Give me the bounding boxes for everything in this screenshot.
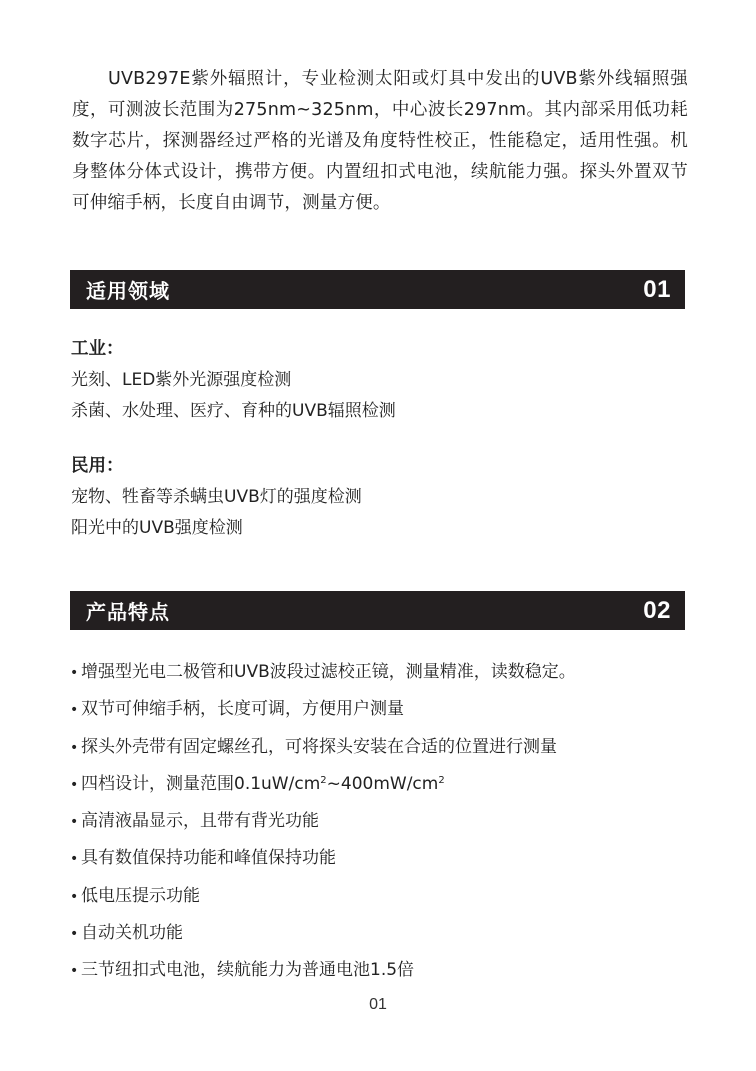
- feature-item: • 具有数值保持功能和峰值保持功能: [70, 840, 690, 877]
- group-title: 民用：: [71, 451, 671, 482]
- applications-list: 工业： 光刻、LED紫外光源强度检测 杀菌、水处理、医疗、育种的UVB辐照检测 …: [71, 334, 671, 568]
- feature-item: • 增强型光电二极管和UVB波段过滤校正镜，测量精准，读数稳定。: [70, 654, 690, 691]
- superscript: 2: [438, 775, 444, 786]
- feature-text: 双节可伸缩手柄，长度可调，方便用户测量: [81, 691, 404, 727]
- feature-text: 高清液晶显示，且带有背光功能: [81, 803, 319, 839]
- bullet-icon: •: [70, 730, 80, 766]
- list-item: 光刻、LED紫外光源强度检测: [71, 365, 671, 396]
- section-header-applications: 适用领域 01: [70, 270, 685, 309]
- page-number: 01: [0, 996, 756, 1014]
- range-prefix: 四档设计，测量范围0.1uW/cm: [81, 774, 320, 794]
- feature-text: 低电压提示功能: [81, 878, 200, 914]
- feature-item: • 低电压提示功能: [70, 878, 690, 915]
- range-middle: ~400mW/cm: [327, 774, 439, 794]
- feature-text: 具有数值保持功能和峰值保持功能: [81, 840, 336, 876]
- features-list: • 增强型光电二极管和UVB波段过滤校正镜，测量精准，读数稳定。 • 双节可伸缩…: [70, 654, 690, 990]
- bullet-icon: •: [70, 953, 80, 989]
- intro-paragraph: UVB297E紫外辐照计，专业检测太阳或灯具中发出的UVB紫外线辐照强度，可测波…: [72, 64, 688, 219]
- bullet-icon: •: [70, 767, 80, 803]
- application-group-industrial: 工业： 光刻、LED紫外光源强度检测 杀菌、水处理、医疗、育种的UVB辐照检测: [71, 334, 671, 427]
- feature-item: • 双节可伸缩手柄，长度可调，方便用户测量: [70, 691, 690, 728]
- section-title: 适用领域: [86, 275, 170, 304]
- feature-text: 三节纽扣式电池，续航能力为普通电池1.5倍: [81, 952, 414, 988]
- list-item: 阳光中的UVB强度检测: [71, 513, 671, 544]
- feature-text: 增强型光电二极管和UVB波段过滤校正镜，测量精准，读数稳定。: [81, 654, 576, 690]
- bullet-icon: •: [70, 655, 80, 691]
- bullet-icon: •: [70, 879, 80, 915]
- list-item: 杀菌、水处理、医疗、育种的UVB辐照检测: [71, 396, 671, 427]
- list-item: 宠物、牲畜等杀螨虫UVB灯的强度检测: [71, 482, 671, 513]
- section-title: 产品特点: [86, 596, 170, 625]
- section-number: 02: [643, 597, 671, 625]
- bullet-icon: •: [70, 692, 80, 728]
- feature-text: 自动关机功能: [81, 915, 183, 951]
- application-group-civil: 民用： 宠物、牲畜等杀螨虫UVB灯的强度检测 阳光中的UVB强度检测: [71, 451, 671, 544]
- group-title: 工业：: [71, 334, 671, 365]
- feature-item: • 三节纽扣式电池，续航能力为普通电池1.5倍: [70, 952, 690, 989]
- feature-text-measurement-range: 四档设计，测量范围0.1uW/cm2~400mW/cm2: [81, 766, 445, 802]
- feature-item: • 自动关机功能: [70, 915, 690, 952]
- section-header-features: 产品特点 02: [70, 591, 685, 630]
- bullet-icon: •: [70, 916, 80, 952]
- bullet-icon: •: [70, 841, 80, 877]
- feature-item: • 四档设计，测量范围0.1uW/cm2~400mW/cm2: [70, 766, 690, 803]
- feature-item: • 高清液晶显示，且带有背光功能: [70, 803, 690, 840]
- bullet-icon: •: [70, 804, 80, 840]
- feature-item: • 探头外壳带有固定螺丝孔，可将探头安装在合适的位置进行测量: [70, 729, 690, 766]
- section-number: 01: [643, 276, 671, 304]
- feature-text: 探头外壳带有固定螺丝孔，可将探头安装在合适的位置进行测量: [81, 729, 557, 765]
